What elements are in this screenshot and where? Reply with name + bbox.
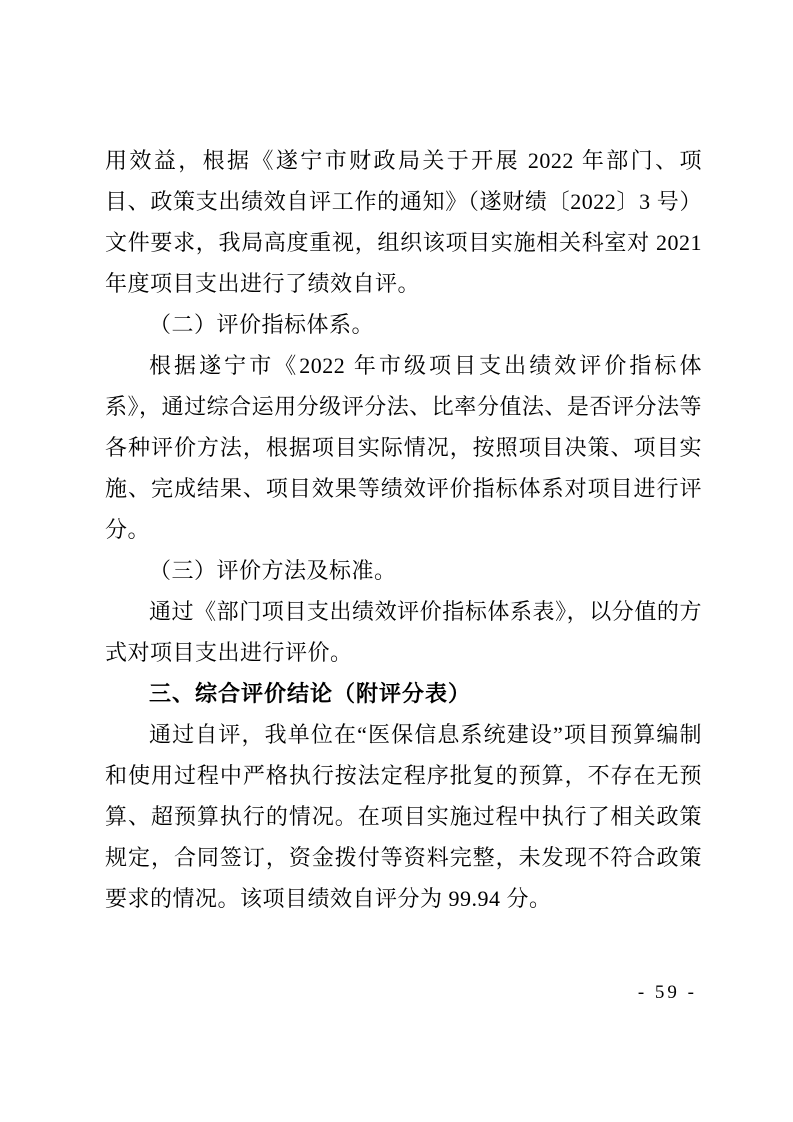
subsection-heading: （二）评价指标体系。	[105, 304, 702, 345]
body-paragraph: 根据遂宁市《2022 年市级项目支出绩效评价指标体系》，通过综合运用分级评分法、…	[105, 345, 702, 550]
subsection-heading: （三）评价方法及标准。	[105, 550, 702, 591]
document-body: 用效益，根据《遂宁市财政局关于开展 2022 年部门、项目、政策支出绩效自评工作…	[105, 140, 702, 919]
body-paragraph: 通过《部门项目支出绩效评价指标体系表》，以分值的方式对项目支出进行评价。	[105, 591, 702, 673]
document-page: 用效益，根据《遂宁市财政局关于开展 2022 年部门、项目、政策支出绩效自评工作…	[0, 0, 793, 1122]
page-number: - 59 -	[638, 982, 697, 1004]
body-paragraph: 用效益，根据《遂宁市财政局关于开展 2022 年部门、项目、政策支出绩效自评工作…	[105, 140, 702, 304]
section-heading: 三、综合评价结论（附评分表）	[105, 673, 702, 714]
body-paragraph: 通过自评，我单位在“医保信息系统建设”项目预算编制和使用过程中严格执行按法定程序…	[105, 714, 702, 919]
